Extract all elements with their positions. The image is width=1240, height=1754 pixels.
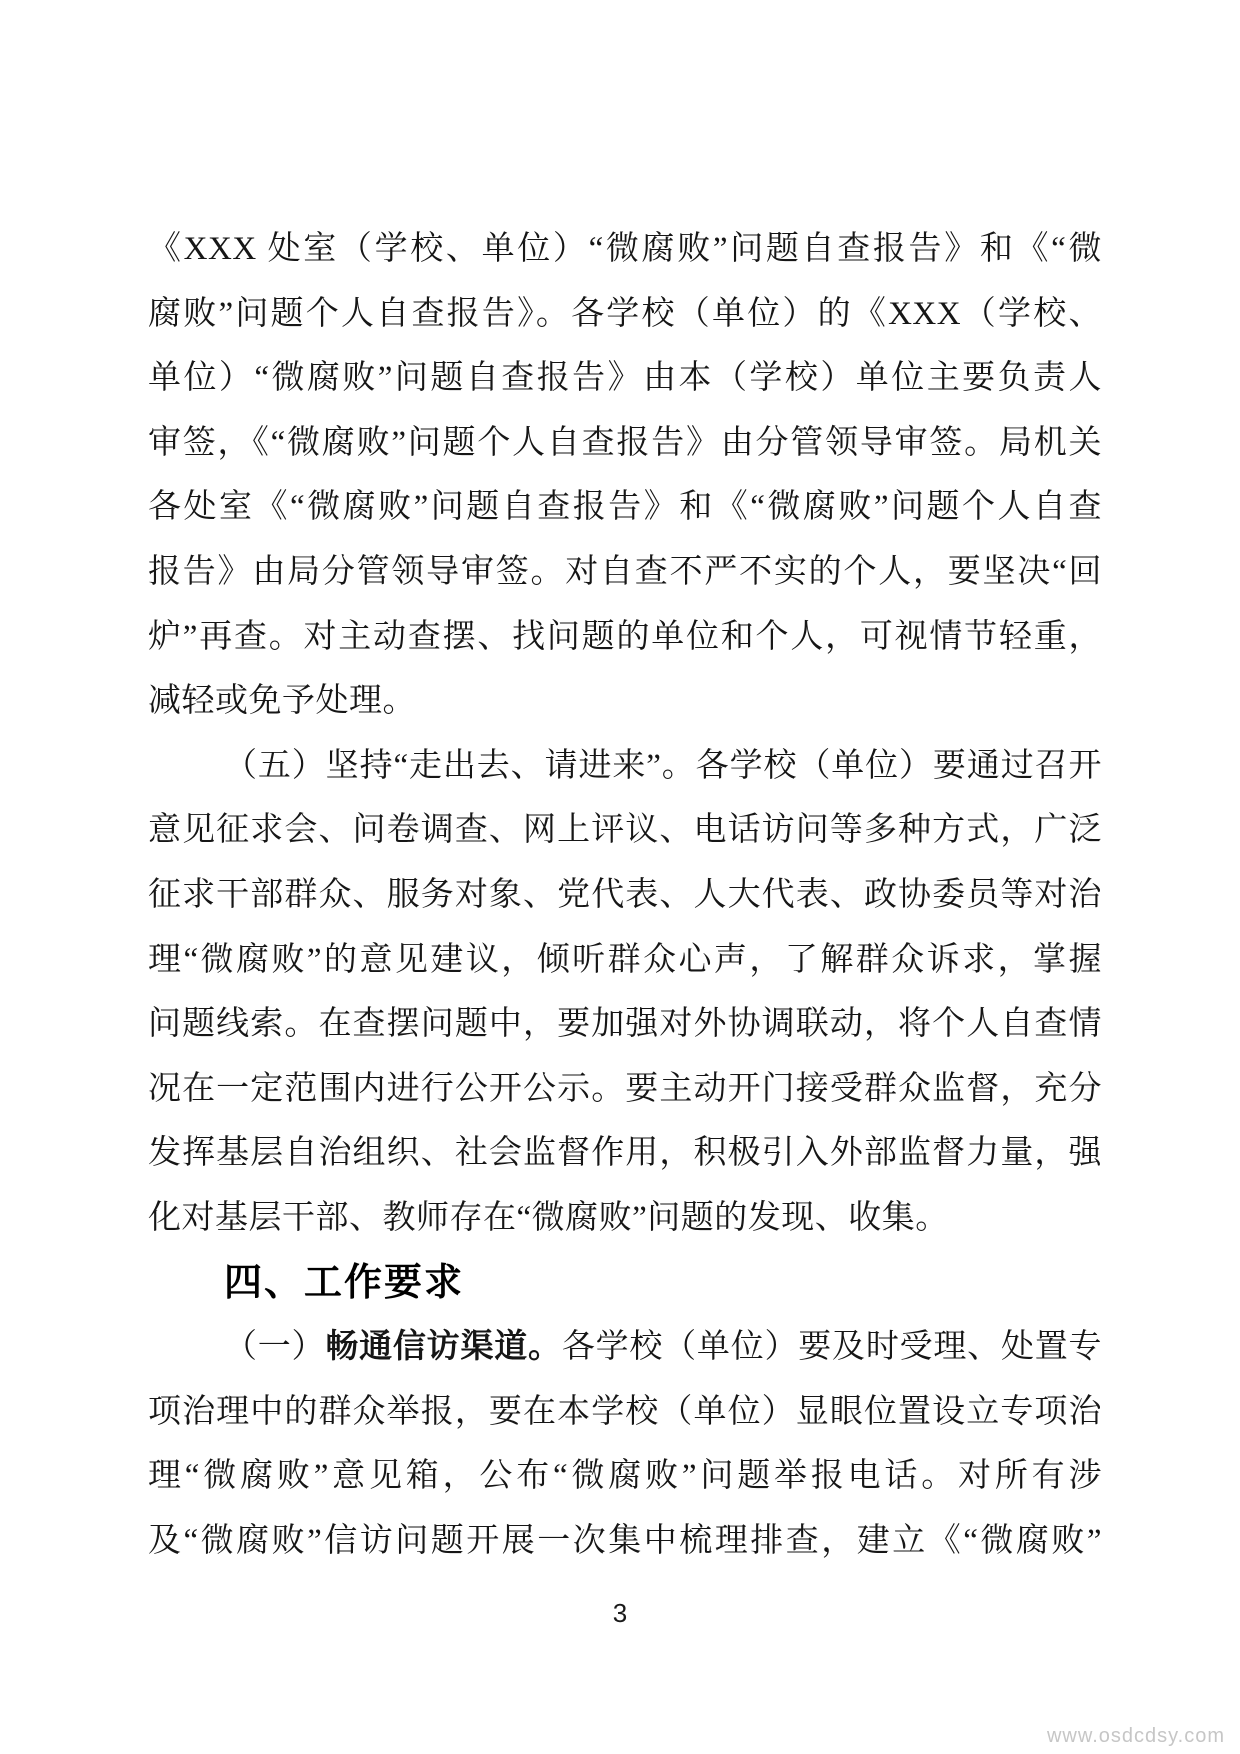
text-segment: 发挥基层自治组织、社会监督作用，积极引入外部监督力量，强 <box>148 1135 1102 1171</box>
text-line-17: 四、工作要求 <box>148 1251 1102 1316</box>
text-line-11: 征求干部群众、服务对象、党代表、人大代表、政协委员等对治 <box>148 863 1102 928</box>
text-segment: 审签，《“微腐败”问题个人自查报告》由分管领导审签。局机关 <box>148 425 1102 461</box>
text-line-2: 腐败”问题个人自查报告》。各学校（单位）的《XXX（学校、 <box>148 282 1102 347</box>
text-line-8: 减轻或免予处理。 <box>148 669 1102 734</box>
text-segment: 问题线索。在查摆问题中，要加强对外协调联动，将个人自查情 <box>148 1006 1102 1042</box>
text-line-12: 理“微腐败”的意见建议，倾听群众心声，了解群众诉求，掌握 <box>148 928 1102 993</box>
text-line-21: 及“微腐败”信访问题开展一次集中梳理排查，建立《“微腐败” <box>148 1509 1102 1574</box>
text-segment: 项治理中的群众举报，要在本学校（单位）显眼位置设立专项治 <box>148 1394 1102 1430</box>
text-segment: 理“微腐败”的意见建议，倾听群众心声，了解群众诉求，掌握 <box>148 942 1102 978</box>
page-number: 3 <box>0 1598 1240 1629</box>
text-segment: 炉”再查。对主动查摆、找问题的单位和个人，可视情节轻重， <box>148 619 1102 655</box>
text-segment: 意见征求会、问卷调查、网上评议、电话访问等多种方式，广泛 <box>148 812 1102 848</box>
text-line-10: 意见征求会、问卷调查、网上评议、电话访问等多种方式，广泛 <box>148 798 1102 863</box>
text-line-9: （五）坚持“走出去、请进来”。各学校（单位）要通过召开 <box>148 734 1102 799</box>
text-line-5: 各处室《“微腐败”问题自查报告》和《“微腐败”问题个人自查 <box>148 475 1102 540</box>
text-segment: （一） <box>224 1329 325 1365</box>
text-line-3: 单位）“微腐败”问题自查报告》由本（学校）单位主要负责人 <box>148 346 1102 411</box>
text-segment: 单位）“微腐败”问题自查报告》由本（学校）单位主要负责人 <box>148 360 1102 396</box>
text-line-15: 发挥基层自治组织、社会监督作用，积极引入外部监督力量，强 <box>148 1121 1102 1186</box>
text-line-18: （一）畅通信访渠道。各学校（单位）要及时受理、处置专 <box>148 1315 1102 1380</box>
text-line-13: 问题线索。在查摆问题中，要加强对外协调联动，将个人自查情 <box>148 992 1102 1057</box>
text-line-19: 项治理中的群众举报，要在本学校（单位）显眼位置设立专项治 <box>148 1380 1102 1445</box>
text-segment: 《XXX 处室（学校、单位）“微腐败”问题自查报告》和《“微 <box>148 231 1102 267</box>
text-line-1: 《XXX 处室（学校、单位）“微腐败”问题自查报告》和《“微 <box>148 217 1102 282</box>
text-line-14: 况在一定范围内进行公开公示。要主动开门接受群众监督，充分 <box>148 1057 1102 1122</box>
text-segment: 减轻或免予处理。 <box>148 683 416 719</box>
document-body: 《XXX 处室（学校、单位）“微腐败”问题自查报告》和《“微腐败”问题个人自查报… <box>148 217 1102 1573</box>
text-segment: 及“微腐败”信访问题开展一次集中梳理排查，建立《“微腐败” <box>148 1523 1102 1559</box>
text-segment: （五）坚持“走出去、请进来”。各学校（单位）要通过召开 <box>224 748 1102 784</box>
text-segment: 征求干部群众、服务对象、党代表、人大代表、政协委员等对治 <box>148 877 1102 913</box>
text-line-4: 审签，《“微腐败”问题个人自查报告》由分管领导审签。局机关 <box>148 411 1102 476</box>
text-segment: 畅通信访渠道。 <box>325 1329 561 1365</box>
text-segment: 腐败”问题个人自查报告》。各学校（单位）的《XXX（学校、 <box>148 296 1102 332</box>
text-segment: 报告》由局分管领导审签。对自查不严不实的个人，要坚决“回 <box>148 554 1102 590</box>
text-segment: 化对基层干部、教师存在“微腐败”问题的发现、收集。 <box>148 1200 949 1236</box>
text-line-6: 报告》由局分管领导审签。对自查不严不实的个人，要坚决“回 <box>148 540 1102 605</box>
watermark: www.osdcdsy.com <box>1047 1725 1225 1748</box>
document-page: 《XXX 处室（学校、单位）“微腐败”问题自查报告》和《“微腐败”问题个人自查报… <box>0 0 1240 1754</box>
text-line-7: 炉”再查。对主动查摆、找问题的单位和个人，可视情节轻重， <box>148 605 1102 670</box>
text-segment: 理“微腐败”意见箱，公布“微腐败”问题举报电话。对所有涉 <box>148 1458 1102 1494</box>
text-segment: 况在一定范围内进行公开公示。要主动开门接受群众监督，充分 <box>148 1071 1102 1107</box>
text-segment: 四、工作要求 <box>224 1262 464 1304</box>
text-line-16: 化对基层干部、教师存在“微腐败”问题的发现、收集。 <box>148 1186 1102 1251</box>
text-line-20: 理“微腐败”意见箱，公布“微腐败”问题举报电话。对所有涉 <box>148 1444 1102 1509</box>
text-segment: 各处室《“微腐败”问题自查报告》和《“微腐败”问题个人自查 <box>148 489 1102 525</box>
text-segment: 各学校（单位）要及时受理、处置专 <box>562 1329 1102 1365</box>
